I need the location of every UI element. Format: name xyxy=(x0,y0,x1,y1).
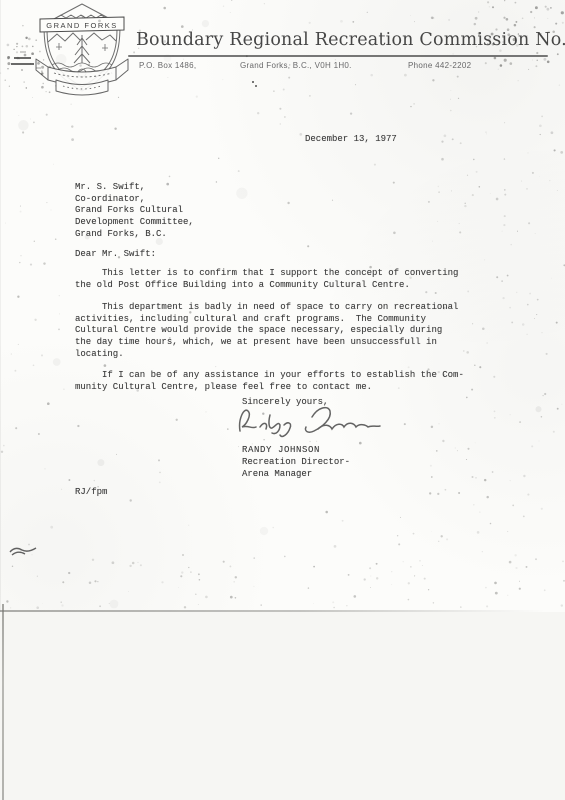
page-bottom-edge xyxy=(0,610,545,612)
organization-title: Boundary Regional Recreation Commission … xyxy=(136,30,554,50)
grand-forks-crest-icon: GRAND FORKS xyxy=(30,1,135,103)
po-box: P.O. Box 1486, xyxy=(139,61,196,70)
letter-date: December 13, 1977 xyxy=(305,134,397,146)
signer-titles: Recreation Director- Arena Manager xyxy=(242,457,350,480)
scanner-background xyxy=(0,612,565,800)
scanned-letter: GRAND FORKS Boundary Regional Recreation… xyxy=(0,0,565,800)
recipient-address: Mr. S. Swift, Co-ordinator, Grand Forks … xyxy=(75,182,194,241)
salutation: Dear Mr. Swift: xyxy=(75,249,156,261)
body-paragraph: If I can be of any assistance in your ef… xyxy=(75,370,464,393)
phone-number: Phone 442-2202 xyxy=(408,61,471,70)
handwritten-signature xyxy=(234,401,384,441)
scan-edge-line xyxy=(2,604,4,800)
crest-banner-text: GRAND FORKS xyxy=(46,21,118,30)
body-paragraph: This department is badly in need of spac… xyxy=(75,302,458,361)
body-paragraph: This letter is to confirm that I support… xyxy=(75,268,458,291)
letterhead-rule xyxy=(128,55,548,57)
reference-initials: RJ/fpm xyxy=(75,487,107,499)
signer-name: RANDY JOHNSON xyxy=(242,445,320,457)
city-address: Grand Forks, B.C., V0H 1H0. xyxy=(240,61,352,70)
